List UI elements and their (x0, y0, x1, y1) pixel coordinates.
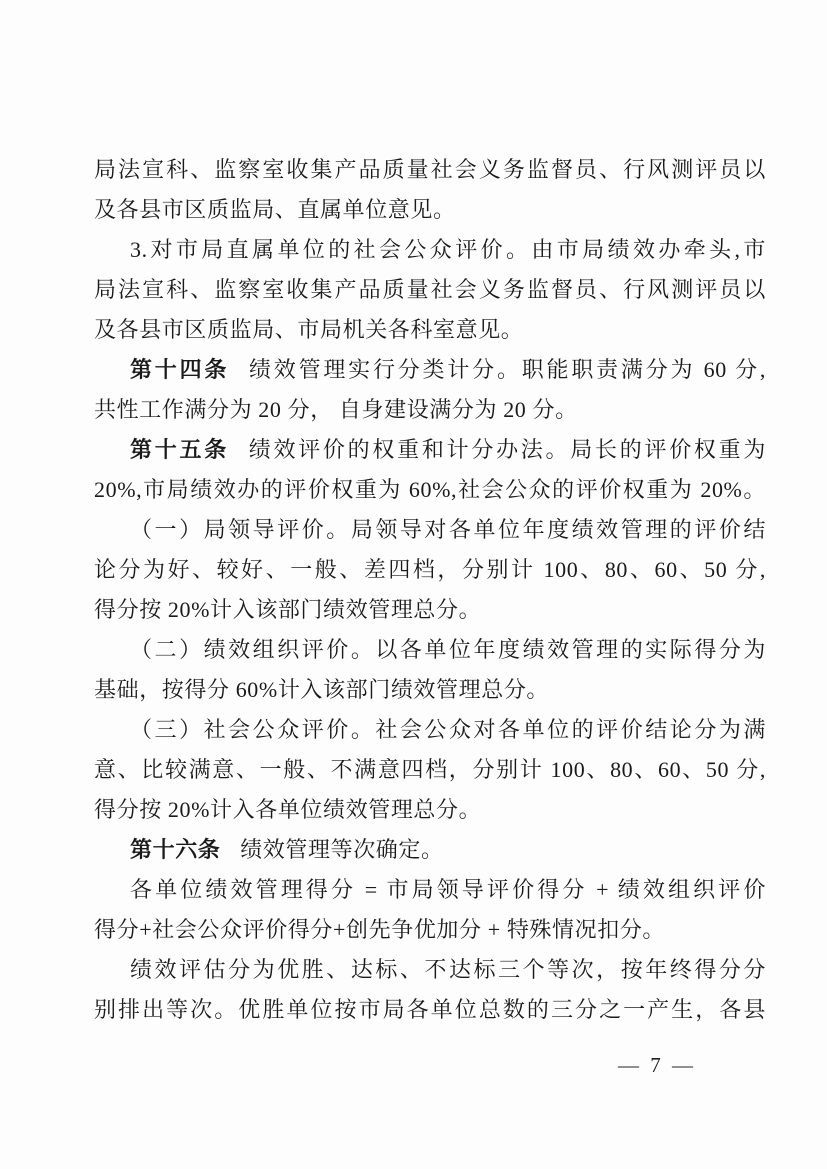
document-body: 局法宣科、监察室收集产品质量社会义务监督员、行风测评员以 及各县市区质监局、直属… (94, 150, 766, 1030)
line-text: 绩效评价的权重和计分办法。局长的评价权重为 (249, 437, 766, 462)
page-number: — 7 — (94, 1050, 696, 1080)
text-line: 20%,市局绩效办的评价权重为 60%,社会公众的评价权重为 20%。 (94, 470, 766, 510)
article-number: 第十六条 (130, 837, 220, 862)
text-line: 第十六条绩效管理等次确定。 (94, 830, 766, 870)
text-line: 及各县市区质监局、市局机关各科室意见。 (94, 310, 766, 350)
text-line: 得分按 20%计入各单位绩效管理总分。 (94, 790, 766, 830)
text-line: 得分按 20%计入该部门绩效管理总分。 (94, 590, 766, 630)
text-line: 意、比较满意、一般、不满意四档，分别计 100、80、60、50 分, (94, 750, 766, 790)
text-line: 3.对市局直属单位的社会公众评价。由市局绩效办牵头,市 (94, 230, 766, 270)
text-line: 得分+社会公众评价得分+创先争优加分 + 特殊情况扣分。 (94, 910, 766, 950)
text-line: 别排出等次。优胜单位按市局各单位总数的三分之一产生，各县 (94, 990, 766, 1030)
article-number: 第十五条 (130, 437, 229, 462)
text-line: 各单位绩效管理得分 = 市局领导评价得分 + 绩效组织评价 (94, 870, 766, 910)
text-line: 局法宣科、监察室收集产品质量社会义务监督员、行风测评员以 (94, 270, 766, 310)
text-line: 论分为好、较好、一般、差四档，分别计 100、80、60、50 分, (94, 550, 766, 590)
text-line: （三）社会公众评价。社会公众对各单位的评价结论分为满 (94, 710, 766, 750)
text-line: 基础，按得分 60%计入该部门绩效管理总分。 (94, 670, 766, 710)
text-line: 第十五条绩效评价的权重和计分办法。局长的评价权重为 (94, 430, 766, 470)
text-line: 局法宣科、监察室收集产品质量社会义务监督员、行风测评员以 (94, 150, 766, 190)
document-page: 局法宣科、监察室收集产品质量社会义务监督员、行风测评员以 及各县市区质监局、直属… (0, 0, 827, 1169)
text-line: （二）绩效组织评价。以各单位年度绩效管理的实际得分为 (94, 630, 766, 670)
line-text: 绩效管理等次确定。 (240, 837, 443, 862)
text-line: 绩效评估分为优胜、达标、不达标三个等次，按年终得分分 (94, 950, 766, 990)
text-line: （一）局领导评价。局领导对各单位年度绩效管理的评价结 (94, 510, 766, 550)
article-number: 第十四条 (130, 357, 229, 382)
text-line: 第十四条绩效管理实行分类计分。职能职责满分为 60 分, (94, 350, 766, 390)
text-line: 及各县市区质监局、直属单位意见。 (94, 190, 766, 230)
line-text: 绩效管理实行分类计分。职能职责满分为 60 分, (249, 357, 766, 382)
text-line: 共性工作满分为 20 分， 自身建设满分为 20 分。 (94, 390, 766, 430)
